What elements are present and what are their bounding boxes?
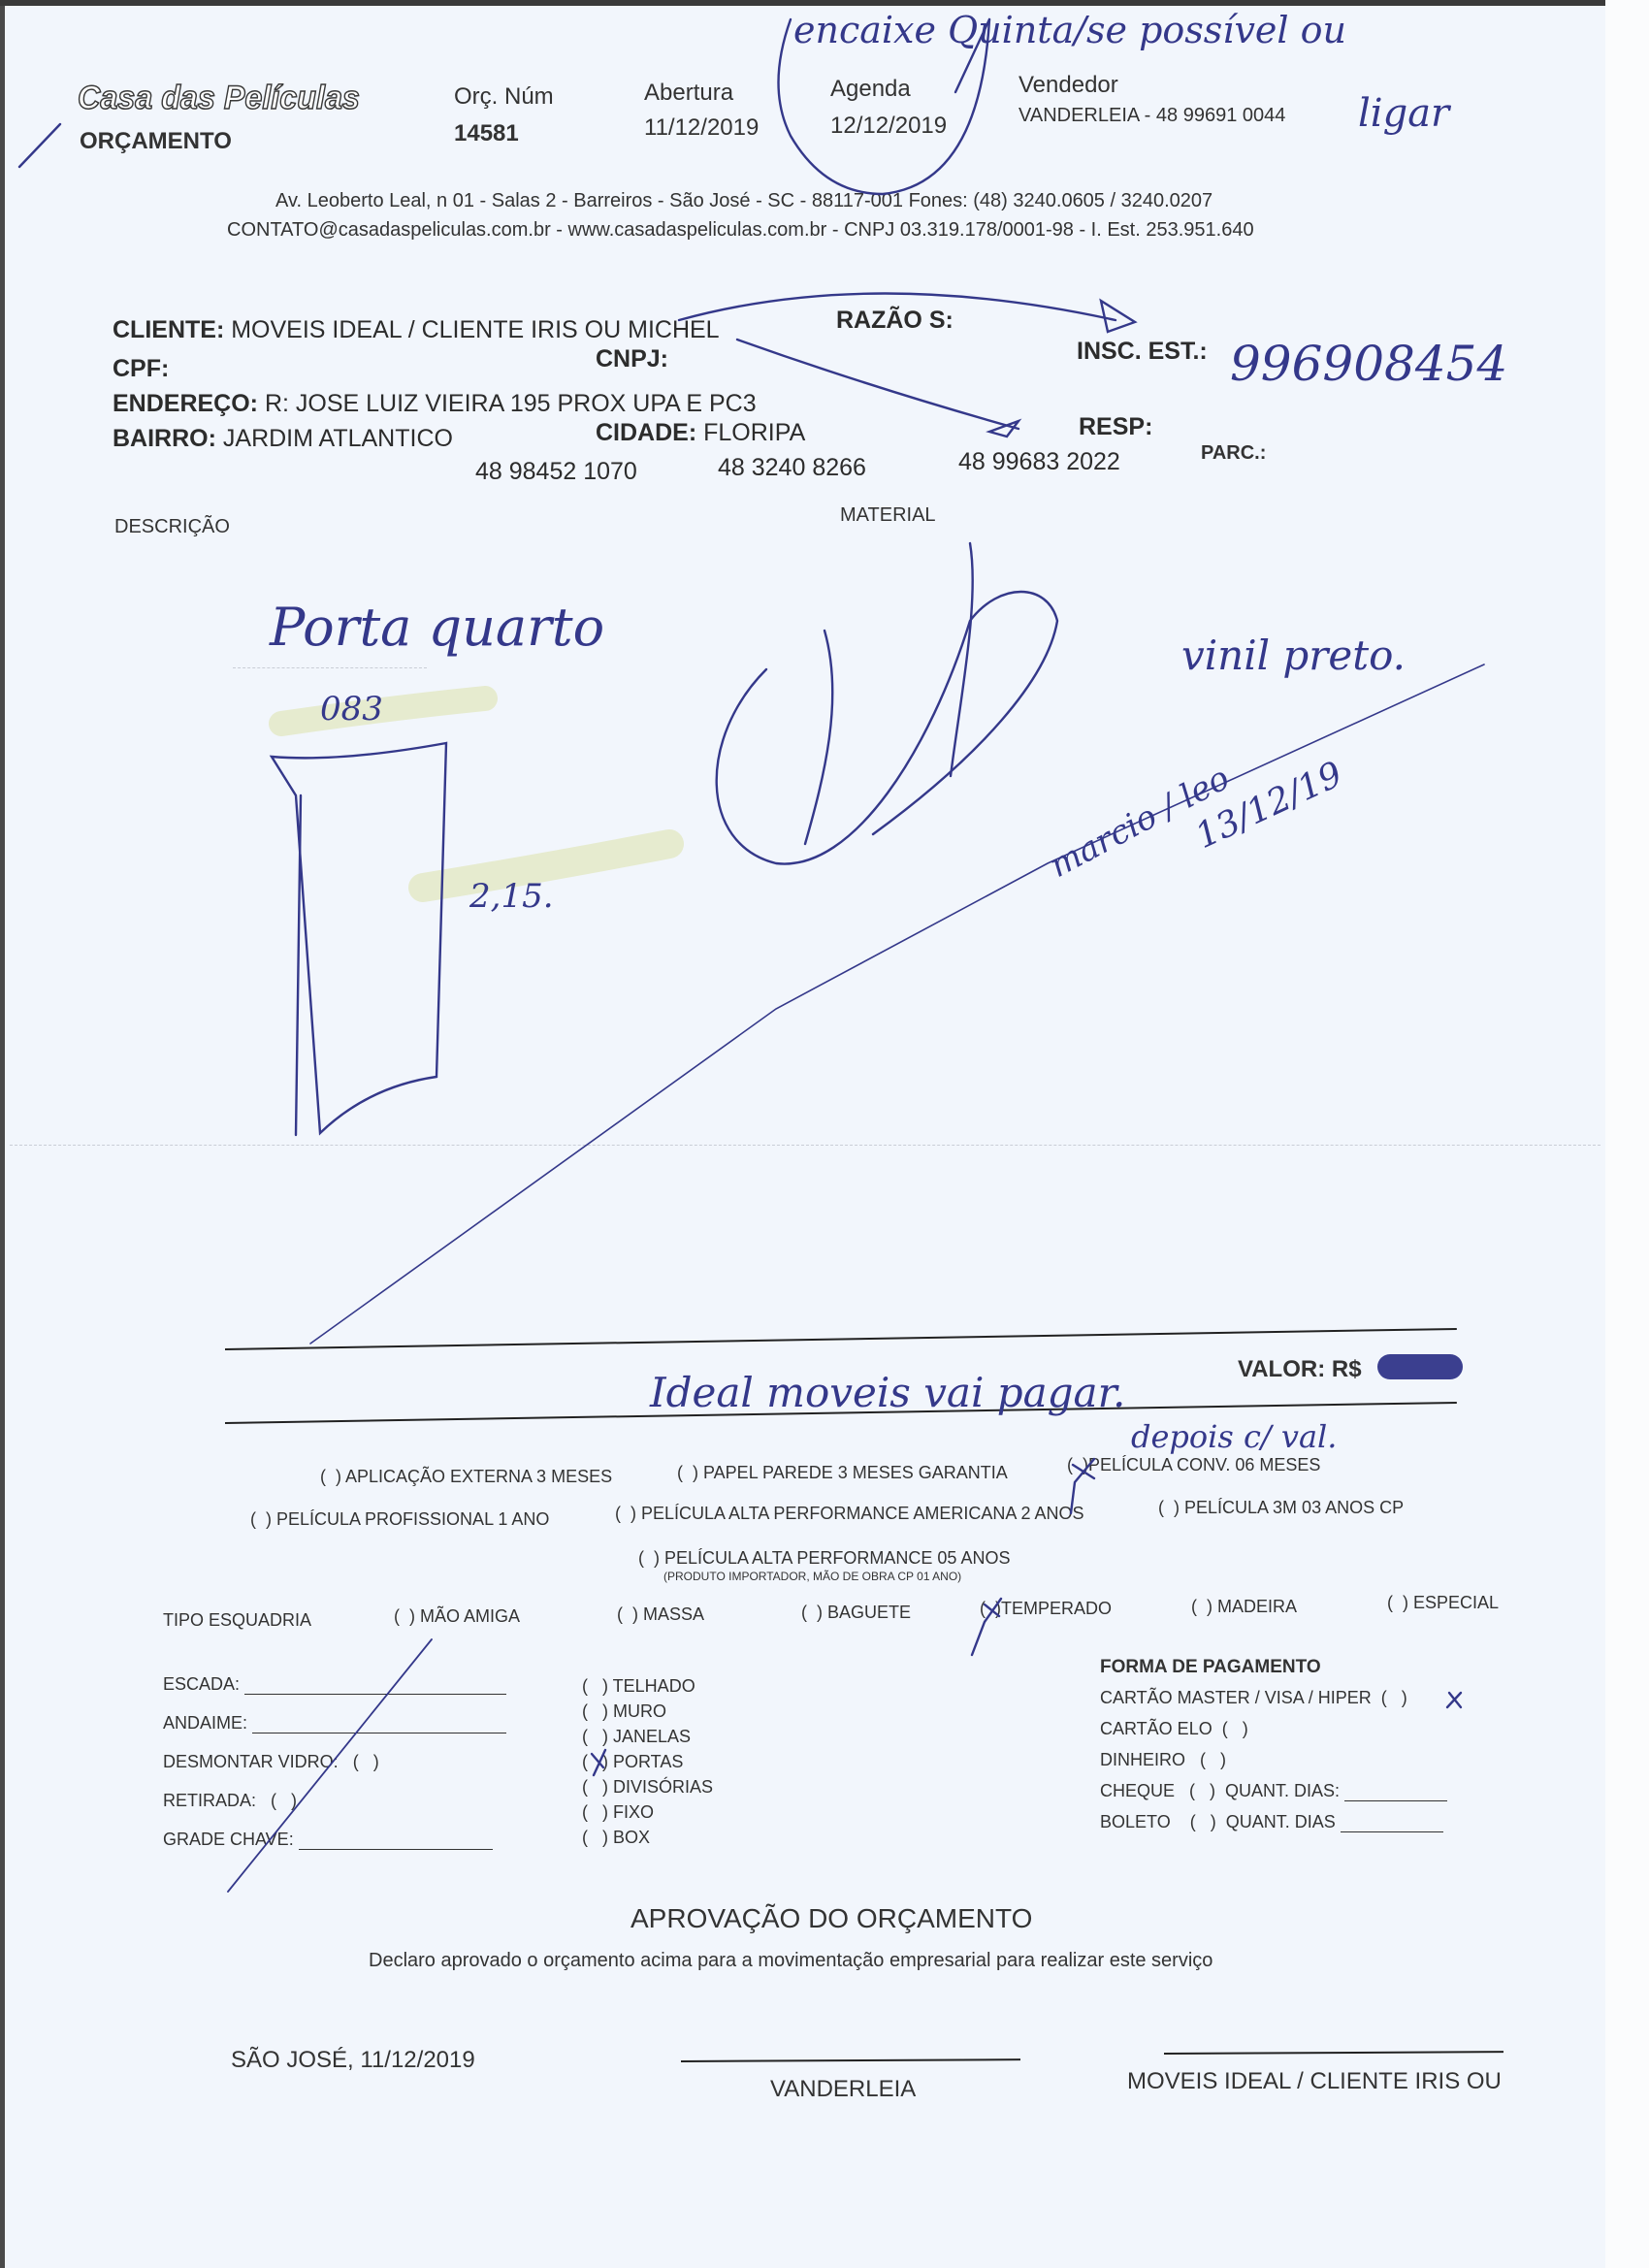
valor-label: VALOR: R$ xyxy=(1238,1356,1362,1383)
pagamento-option[interactable]: BOLETO ( ) QUANT. DIAS xyxy=(1100,1812,1443,1832)
service-option-checked[interactable]: ( )PELÍCULA CONV. 06 MESES xyxy=(1067,1455,1320,1475)
service-option[interactable]: ( ) PELÍCULA ALTA PERFORMANCE 05 ANOS xyxy=(638,1548,1010,1569)
bairro-value: JARDIM ATLANTICO xyxy=(223,425,453,452)
resp-label: RESP: xyxy=(1079,413,1152,441)
cliente-label: CLIENTE: xyxy=(113,316,224,343)
pagamento-option[interactable]: CARTÃO ELO ( ) xyxy=(1100,1719,1248,1739)
esquadria-label: TIPO ESQUADRIA xyxy=(163,1610,311,1631)
esquadria-option-checked[interactable]: ( )TEMPERADO xyxy=(980,1599,1112,1619)
agenda-label: Agenda xyxy=(830,76,911,103)
service-option[interactable]: ( ) PELÍCULA ALTA PERFORMANCE AMERICANA … xyxy=(615,1504,1083,1524)
orc-num-value: 14581 xyxy=(454,120,519,147)
cidade-value: FLORIPA xyxy=(703,419,805,446)
cpf-label: CPF: xyxy=(113,355,169,383)
scanner-margin-right xyxy=(1605,0,1649,2268)
cidade-field: CIDADE: FLORIPA xyxy=(596,419,805,447)
local-option[interactable]: ( ) MURO xyxy=(582,1701,666,1722)
razao-label: RAZÃO S: xyxy=(836,307,954,335)
pagamento-option[interactable]: CHEQUE ( ) QUANT. DIAS: xyxy=(1100,1781,1447,1801)
vendedor-value: VANDERLEIA - 48 99691 0044 xyxy=(1018,105,1285,127)
phone-2: 48 3240 8266 xyxy=(718,454,866,482)
local-option[interactable]: ( ) BOX xyxy=(582,1828,650,1848)
bairro-field: BAIRRO: JARDIM ATLANTICO xyxy=(113,425,453,453)
service-option[interactable]: ( ) PELÍCULA PROFISSIONAL 1 ANO xyxy=(250,1509,549,1530)
material-header: MATERIAL xyxy=(840,504,936,527)
company-contact: CONTATO@casadaspeliculas.com.br - www.ca… xyxy=(227,219,1254,242)
retirada-field[interactable]: RETIRADA: ( ) xyxy=(163,1791,297,1811)
approval-statement: Declaro aprovado o orçamento acima para … xyxy=(369,1950,1212,1972)
paper-fold-line xyxy=(10,1145,1600,1147)
abertura-label: Abertura xyxy=(644,80,733,107)
pagamento-title: FORMA DE PAGAMENTO xyxy=(1100,1657,1321,1678)
paper-fold-mark xyxy=(233,667,427,669)
desmontar-field[interactable]: DESMONTAR VIDRO: ( ) xyxy=(163,1752,379,1772)
orc-num-label: Orç. Núm xyxy=(454,83,554,111)
service-option[interactable]: ( ) APLICAÇÃO EXTERNA 3 MESES xyxy=(320,1467,612,1487)
endereco-value: R: JOSE LUIZ VIEIRA 195 PROX UPA E PC3 xyxy=(265,390,757,417)
insc-est-label: INSC. EST.: xyxy=(1077,338,1208,366)
esquadria-option[interactable]: ( ) MÃO AMIGA xyxy=(394,1606,520,1627)
local-option[interactable]: ( ) TELHADO xyxy=(582,1676,695,1697)
esquadria-option[interactable]: ( ) MASSA xyxy=(617,1604,704,1625)
phone-1: 48 98452 1070 xyxy=(475,458,637,486)
cnpj-label: CNPJ: xyxy=(596,345,668,373)
bairro-label: BAIRRO: xyxy=(113,425,216,452)
agenda-value: 12/12/2019 xyxy=(830,113,947,140)
company-address: Av. Leoberto Leal, n 01 - Salas 2 - Barr… xyxy=(275,190,1212,212)
seller-signature-name: VANDERLEIA xyxy=(770,2076,916,2103)
phone-3: 48 99683 2022 xyxy=(958,448,1120,476)
scanner-border-top xyxy=(0,0,1605,6)
valor-redacted-scribble xyxy=(1377,1354,1463,1379)
esquadria-option[interactable]: ( ) MADEIRA xyxy=(1191,1597,1297,1617)
cliente-value: MOVEIS IDEAL / CLIENTE IRIS OU MICHEL xyxy=(231,316,719,343)
local-option-checked[interactable]: ( ) PORTAS xyxy=(582,1752,683,1772)
service-option[interactable]: ( ) PAPEL PAREDE 3 MESES GARANTIA xyxy=(677,1463,1008,1483)
pagamento-option[interactable]: DINHEIRO ( ) xyxy=(1100,1750,1226,1770)
parc-label: PARC.: xyxy=(1201,442,1266,465)
vendedor-label: Vendedor xyxy=(1018,72,1118,99)
pagamento-option-checked[interactable]: CARTÃO MASTER / VISA / HIPER ( ) xyxy=(1100,1688,1407,1708)
cidade-label: CIDADE: xyxy=(596,419,696,446)
doc-type: ORÇAMENTO xyxy=(80,128,232,155)
approval-title: APROVAÇÃO DO ORÇAMENTO xyxy=(630,1903,1032,1934)
client-signature-name: MOVEIS IDEAL / CLIENTE IRIS OU xyxy=(1127,2068,1502,2095)
cliente-field: CLIENTE: MOVEIS IDEAL / CLIENTE IRIS OU … xyxy=(113,316,720,344)
grade-chave-field[interactable]: GRADE CHAVE: xyxy=(163,1830,493,1850)
andaime-field[interactable]: ANDAIME: xyxy=(163,1713,506,1733)
escada-field[interactable]: ESCADA: xyxy=(163,1674,506,1695)
local-option[interactable]: ( ) FIXO xyxy=(582,1802,654,1823)
local-option[interactable]: ( ) DIVISÓRIAS xyxy=(582,1777,713,1798)
endereco-label: ENDEREÇO: xyxy=(113,390,258,417)
esquadria-option[interactable]: ( ) ESPECIAL xyxy=(1387,1593,1499,1613)
service-option[interactable]: ( ) PELÍCULA 3M 03 ANOS CP xyxy=(1158,1498,1404,1518)
company-logo: Casa das Películas xyxy=(78,80,360,117)
esquadria-option[interactable]: ( ) BAGUETE xyxy=(801,1603,911,1623)
endereco-field: ENDEREÇO: R: JOSE LUIZ VIEIRA 195 PROX U… xyxy=(113,390,757,418)
abertura-value: 11/12/2019 xyxy=(644,114,759,142)
place-date: SÃO JOSÉ, 11/12/2019 xyxy=(231,2047,475,2074)
descricao-header: DESCRIÇÃO xyxy=(114,516,230,538)
local-option[interactable]: ( ) JANELAS xyxy=(582,1727,691,1747)
service-note: (PRODUTO IMPORTADOR, MÃO DE OBRA CP 01 A… xyxy=(663,1570,961,1583)
